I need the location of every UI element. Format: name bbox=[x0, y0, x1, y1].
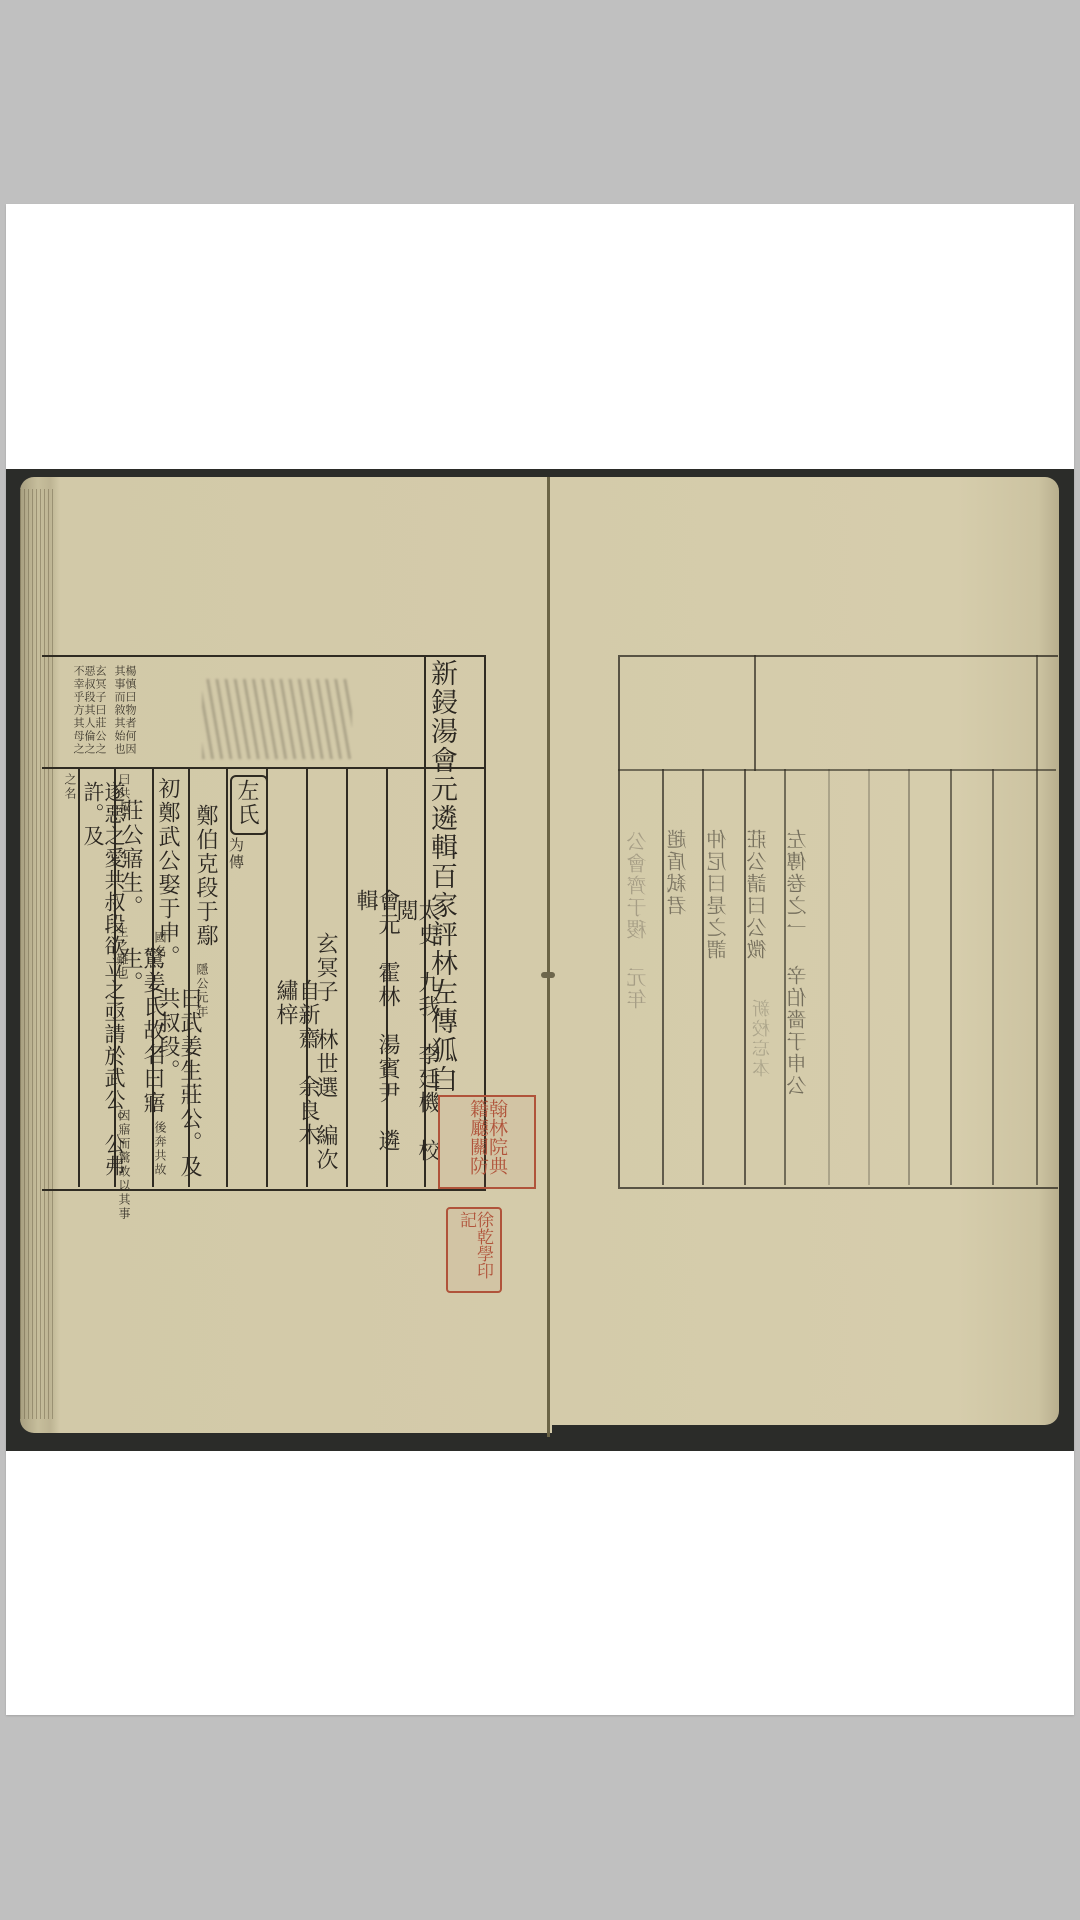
show-through-note: 新校忘本 bbox=[754, 999, 772, 1079]
book-spine bbox=[547, 477, 550, 1437]
section-label: 左氏 bbox=[235, 779, 257, 827]
column-rule bbox=[662, 769, 664, 1185]
column-rule bbox=[950, 769, 952, 1185]
interlinear-note: 之名 bbox=[64, 773, 76, 801]
column-rule bbox=[828, 769, 830, 1185]
interlinear-note: 因寤而驚故以其事 bbox=[118, 1109, 130, 1221]
column-rule bbox=[908, 769, 910, 1185]
ink-smudge bbox=[202, 679, 352, 759]
red-seal-square: 翰林院典籍廳關防 bbox=[438, 1095, 536, 1189]
column-rule bbox=[754, 655, 756, 771]
credit-line-1: 太史 九我 李廷機 校閲 bbox=[394, 899, 438, 1169]
section-label-suffix: 为傳 bbox=[228, 837, 243, 871]
interlinear-note: 生之難也 bbox=[116, 925, 128, 981]
top-margin-note: 楊慎曰物者何因其事而敘其始也 bbox=[114, 665, 136, 765]
chapter-heading: 鄭伯克段于鄢 bbox=[194, 804, 216, 948]
column-rule bbox=[1036, 655, 1038, 1185]
binding-thread-knot bbox=[541, 972, 555, 978]
upper-margin-rule bbox=[42, 767, 484, 769]
interlinear-note: 後奔共故 bbox=[154, 1121, 166, 1177]
right-upper-rule bbox=[618, 769, 1056, 771]
column-rule bbox=[992, 769, 994, 1185]
column-rule bbox=[868, 769, 870, 1185]
top-margin-note: 玄冥子曰莊公之惡叔段其人倫之不幸乎方其母之 bbox=[42, 665, 106, 765]
credit-line-4: 自新齋 余良木 繡梓 bbox=[274, 979, 318, 1179]
show-through-text: 仲尼曰是之謂 bbox=[708, 829, 728, 961]
interlinear-note: 國名 bbox=[154, 931, 166, 959]
column-rule bbox=[702, 769, 704, 1185]
interlinear-note: 曰共叔 bbox=[118, 773, 130, 815]
red-seal-rect: 徐乾學印記 bbox=[446, 1207, 502, 1293]
show-through-text: 莊公請曰公微 bbox=[748, 829, 768, 961]
book-scan-image: 楊慎曰物者何因其事而敘其始也 玄冥子曰莊公之惡叔段其人倫之不幸乎方其母之 新鋟湯… bbox=[6, 469, 1074, 1451]
credit-line-2: 會元 霍林 湯賓尹 遴輯 bbox=[354, 889, 398, 1169]
column-rule bbox=[226, 769, 228, 1187]
show-through-text: 左傳卷之一 辛伯嗇于申公 bbox=[788, 829, 808, 1097]
show-through-text: 趙盾弒君 bbox=[668, 829, 688, 917]
show-through-text: 公會齊于稷 元年 bbox=[628, 831, 648, 1011]
column-rule bbox=[78, 767, 80, 1187]
column-rule bbox=[346, 769, 348, 1187]
